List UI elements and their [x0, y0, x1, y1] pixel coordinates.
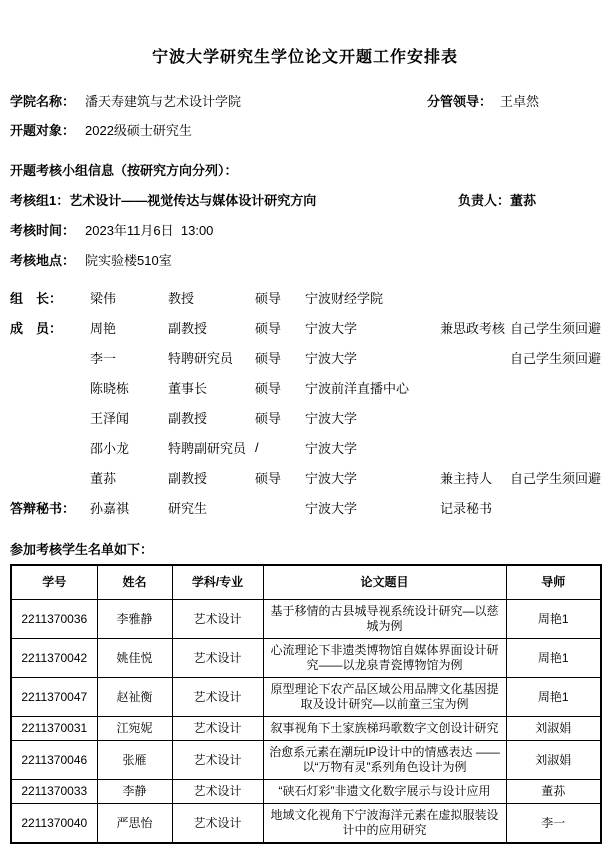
header-cell-id: 学号: [11, 565, 97, 600]
header-cell-major: 学科/专业: [172, 565, 263, 600]
student-major: 艺术设计: [172, 717, 263, 741]
student-major: 艺术设计: [172, 600, 263, 639]
mentor-name: 董荪: [506, 780, 601, 804]
member-name: 董荪: [90, 462, 168, 492]
member-org: 宁波大学: [305, 342, 440, 372]
role-label: 答辩秘书：: [10, 492, 90, 522]
table-header-row: 学号 姓名 学科/专业 论文题目 导师: [11, 565, 601, 600]
supervisor-type: 硕导: [255, 282, 305, 312]
student-name: 严思怡: [97, 804, 172, 844]
member-note1: [440, 432, 510, 462]
time-label: 考核时间：: [10, 220, 85, 239]
mentor-name: 周艳1: [506, 639, 601, 678]
member-note1: 记录秘书: [440, 492, 510, 522]
student-id: 2211370033: [11, 780, 97, 804]
committee-grid: 组 长： 梁伟 教授 硕导 宁波财经学院 成 员： 周艳 副教授 硕导 宁波大学…: [10, 282, 600, 522]
role-label: [10, 432, 90, 462]
place-label: 考核地点：: [10, 250, 85, 269]
member-note2: 自己学生须回避: [510, 342, 601, 372]
thesis-title: 心流理论下非遗类博物馆自媒体界面设计研究——以龙泉青瓷博物馆为例: [263, 639, 506, 678]
student-major: 艺术设计: [172, 678, 263, 717]
member-org: 宁波大学: [305, 312, 440, 342]
student-name: 赵祉衡: [97, 678, 172, 717]
member-note2: 自己学生须回避: [510, 462, 601, 492]
member-org: 宁波前洋直播中心: [305, 372, 440, 402]
mentor-name: 刘淑娟: [506, 717, 601, 741]
student-name: 姚佳悦: [97, 639, 172, 678]
member-note1: [440, 372, 510, 402]
student-id: 2211370040: [11, 804, 97, 844]
member-title: 研究生: [168, 492, 255, 522]
student-name: 张雁: [97, 741, 172, 780]
thesis-title: 叙事视角下土家族梯玛歌数字文创设计研究: [263, 717, 506, 741]
supervisor-type: 硕导: [255, 462, 305, 492]
group-info-section-title: 开题考核小组信息（按研究方向分列）：: [10, 160, 600, 179]
member-note1: 兼主持人: [440, 462, 510, 492]
role-label: [10, 372, 90, 402]
header-cell-thesis: 论文题目: [263, 565, 506, 600]
member-note2: 自己学生须回避: [510, 312, 601, 342]
college-row: 学院名称： 潘天寿建筑与艺术设计学院 分管领导： 王卓然: [10, 91, 600, 110]
member-org: 宁波大学: [305, 402, 440, 432]
student-name: 李雅静: [97, 600, 172, 639]
students-section-title: 参加考核学生名单如下：: [10, 539, 600, 558]
supervisor-type: [255, 492, 305, 522]
page-title: 宁波大学研究生学位论文开题工作安排表: [10, 44, 600, 67]
student-name: 江宛妮: [97, 717, 172, 741]
student-major: 艺术设计: [172, 639, 263, 678]
member-note2: [510, 492, 601, 522]
target-row: 开题对象： 2022级硕士研究生: [10, 120, 600, 139]
group-name-line: 考核组1：艺术设计——视觉传达与媒体设计研究方向: [10, 190, 458, 209]
thesis-title: “硖石灯彩”非遗文化数字展示与设计应用: [263, 780, 506, 804]
supervisor-type: 硕导: [255, 372, 305, 402]
mentor-name: 周艳1: [506, 678, 601, 717]
table-row: 2211370033 李静 艺术设计 “硖石灯彩”非遗文化数字展示与设计应用 董…: [11, 780, 601, 804]
table-row: 2211370047 赵祉衡 艺术设计 原型理论下农产品区域公用品牌文化基因提取…: [11, 678, 601, 717]
member-org: 宁波大学: [305, 492, 440, 522]
group-head-line: 负责人：董荪: [458, 190, 536, 209]
member-title: 董事长: [168, 372, 255, 402]
table-row: 2211370031 江宛妮 艺术设计 叙事视角下土家族梯玛歌数字文创设计研究 …: [11, 717, 601, 741]
time-row: 考核时间： 2023年11月6日 13:00: [10, 220, 600, 239]
target-value: 2022级硕士研究生: [85, 120, 192, 139]
place-row: 考核地点： 院实验楼510室: [10, 250, 600, 269]
supervisor-type: 硕导: [255, 312, 305, 342]
header-cell-name: 姓名: [97, 565, 172, 600]
college-label: 学院名称：: [10, 91, 85, 110]
student-id: 2211370047: [11, 678, 97, 717]
student-id: 2211370036: [11, 600, 97, 639]
member-title: 副教授: [168, 312, 255, 342]
role-label: [10, 402, 90, 432]
member-name: 孙嘉祺: [90, 492, 168, 522]
college-value: 潘天寿建筑与艺术设计学院: [85, 91, 427, 110]
time-value: 2023年11月6日 13:00: [85, 220, 213, 239]
member-org: 宁波财经学院: [305, 282, 440, 312]
role-label: 成 员：: [10, 312, 90, 342]
mentor-name: 周艳1: [506, 600, 601, 639]
member-note2: [510, 402, 601, 432]
member-name: 陈晓栋: [90, 372, 168, 402]
role-label: 组 长：: [10, 282, 90, 312]
member-note1: [440, 402, 510, 432]
leader-value: 王卓然: [500, 91, 539, 110]
member-title: 特聘副研究员: [168, 432, 255, 462]
student-major: 艺术设计: [172, 804, 263, 844]
target-label: 开题对象：: [10, 120, 85, 139]
member-note2: [510, 432, 601, 462]
member-name: 梁伟: [90, 282, 168, 312]
member-note1: [440, 282, 510, 312]
member-name: 王泽闻: [90, 402, 168, 432]
supervisor-type: 硕导: [255, 342, 305, 372]
member-title: 特聘研究员: [168, 342, 255, 372]
student-id: 2211370046: [11, 741, 97, 780]
member-note2: [510, 372, 601, 402]
leader-label: 分管领导：: [427, 91, 500, 110]
student-id: 2211370031: [11, 717, 97, 741]
member-name: 周艳: [90, 312, 168, 342]
students-table: 学号 姓名 学科/专业 论文题目 导师 2211370036 李雅静 艺术设计 …: [10, 564, 602, 844]
member-note2: [510, 282, 601, 312]
table-row: 2211370036 李雅静 艺术设计 基于移情的古县城导视系统设计研究—以慈城…: [11, 600, 601, 639]
thesis-title: 原型理论下农产品区域公用品牌文化基因提取及设计研究—以前童三宝为例: [263, 678, 506, 717]
table-row: 2211370040 严思怡 艺术设计 地域文化视角下宁波海洋元素在虚拟服装设计…: [11, 804, 601, 844]
student-id: 2211370042: [11, 639, 97, 678]
member-title: 副教授: [168, 462, 255, 492]
thesis-title: 基于移情的古县城导视系统设计研究—以慈城为例: [263, 600, 506, 639]
table-row: 2211370042 姚佳悦 艺术设计 心流理论下非遗类博物馆自媒体界面设计研究…: [11, 639, 601, 678]
member-title: 教授: [168, 282, 255, 312]
member-note1: [440, 342, 510, 372]
member-title: 副教授: [168, 402, 255, 432]
table-row: 2211370046 张雁 艺术设计 治愈系元素在潮玩IP设计中的情感表达 ——…: [11, 741, 601, 780]
mentor-name: 李一: [506, 804, 601, 844]
document-page: 宁波大学研究生学位论文开题工作安排表 学院名称： 潘天寿建筑与艺术设计学院 分管…: [0, 44, 608, 844]
member-name: 邵小龙: [90, 432, 168, 462]
header-cell-mentor: 导师: [506, 565, 601, 600]
student-major: 艺术设计: [172, 780, 263, 804]
student-major: 艺术设计: [172, 741, 263, 780]
member-org: 宁波大学: [305, 462, 440, 492]
role-label: [10, 342, 90, 372]
place-value: 院实验楼510室: [85, 250, 172, 269]
supervisor-type: /: [255, 432, 305, 462]
supervisor-type: 硕导: [255, 402, 305, 432]
group-name-row: 考核组1：艺术设计——视觉传达与媒体设计研究方向 负责人：董荪: [10, 190, 600, 209]
student-name: 李静: [97, 780, 172, 804]
member-name: 李一: [90, 342, 168, 372]
role-label: [10, 462, 90, 492]
thesis-title: 治愈系元素在潮玩IP设计中的情感表达 ——以“万物有灵”系列角色设计为例: [263, 741, 506, 780]
mentor-name: 刘淑娟: [506, 741, 601, 780]
thesis-title: 地域文化视角下宁波海洋元素在虚拟服装设计中的应用研究: [263, 804, 506, 844]
member-note1: 兼思政考核: [440, 312, 510, 342]
member-org: 宁波大学: [305, 432, 440, 462]
